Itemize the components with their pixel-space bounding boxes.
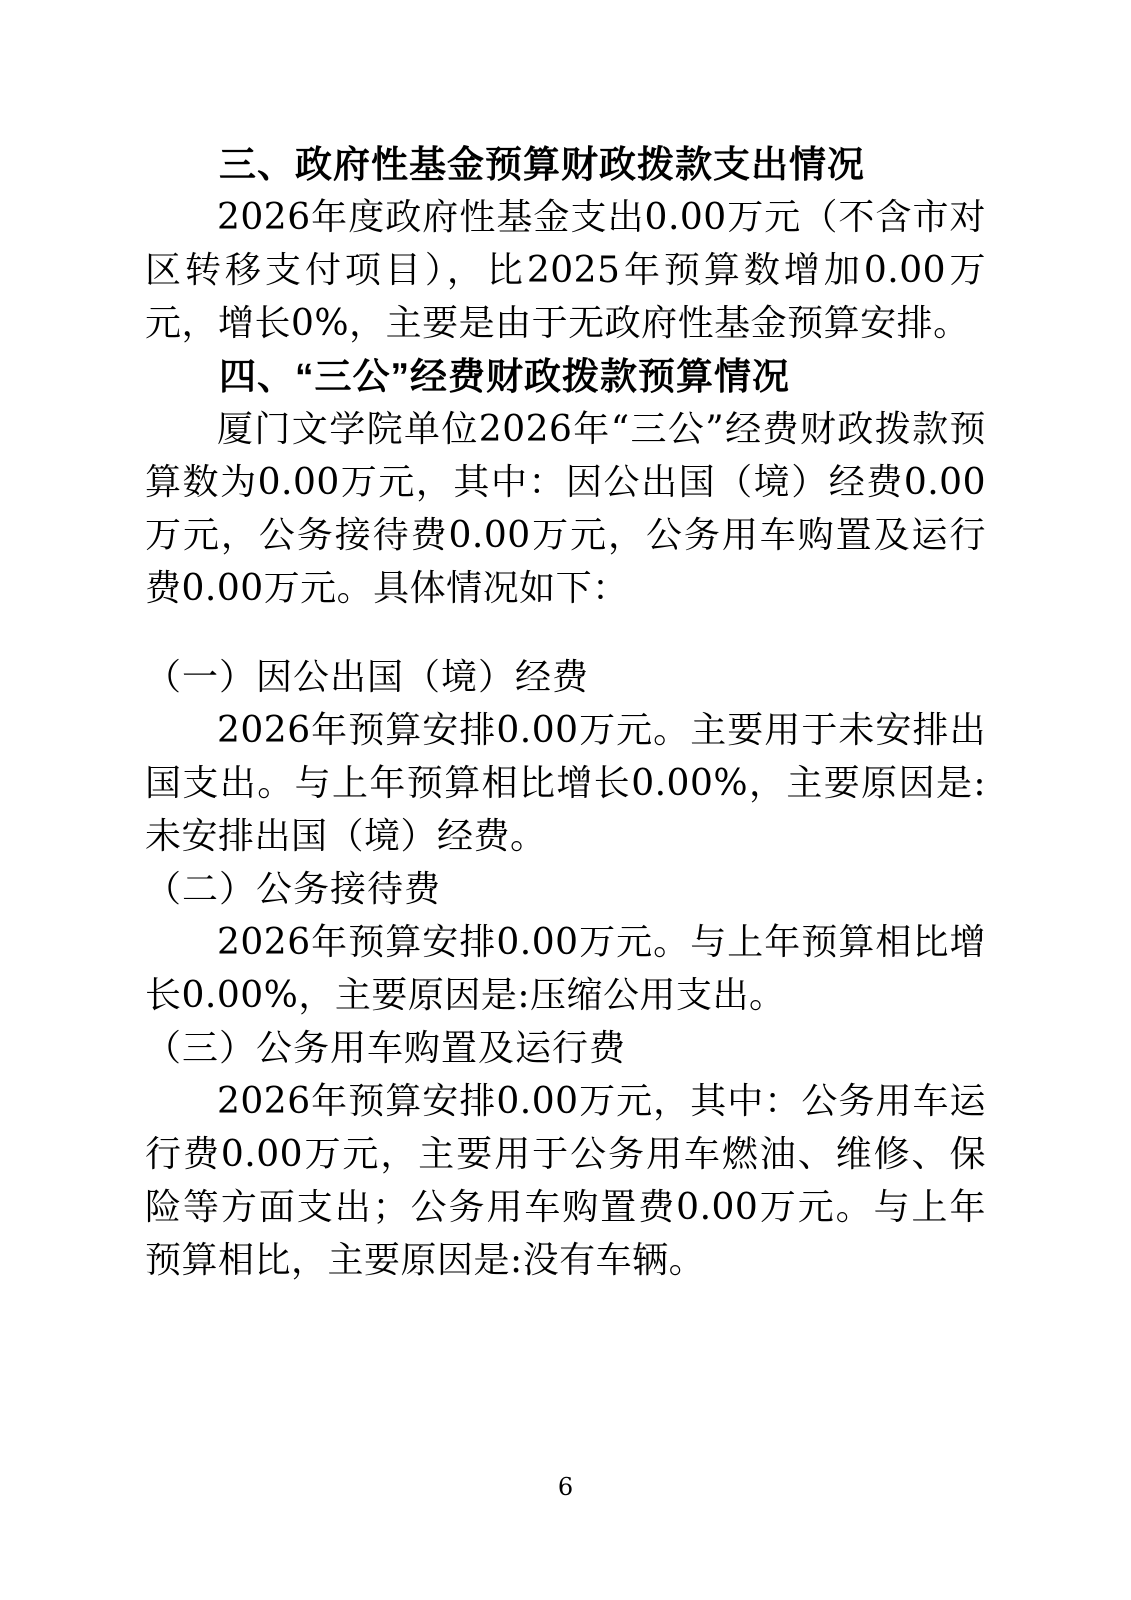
section-heading-government-fund: 三、政府性基金预算财政拨款支出情况 <box>145 138 986 191</box>
paragraph-overseas-travel: 2026年预算安排0.00万元。主要用于未安排出国支出。与上年预算相比增长0.0… <box>145 704 986 863</box>
page-number: 6 <box>0 1472 1131 1502</box>
section-heading-three-public-expenses: 四、“三公”经费财政拨款预算情况 <box>145 350 986 403</box>
paragraph-three-public-expenses: 厦门文学院单位2026年“三公”经费财政拨款预算数为0.00万元，其中：因公出国… <box>145 403 986 615</box>
document-page: 三、政府性基金预算财政拨款支出情况 2026年度政府性基金支出0.00万元（不含… <box>0 0 1131 1600</box>
subsection-heading-official-reception: （二）公务接待费 <box>145 863 986 916</box>
paragraph-official-reception: 2026年预算安排0.00万元。与上年预算相比增长0.00%，主要原因是:压缩公… <box>145 916 986 1022</box>
blank-line <box>145 615 986 651</box>
paragraph-official-vehicles: 2026年预算安排0.00万元，其中：公务用车运行费0.00万元，主要用于公务用… <box>145 1075 986 1287</box>
paragraph-government-fund: 2026年度政府性基金支出0.00万元（不含市对区转移支付项目），比2025年预… <box>145 191 986 350</box>
subsection-heading-overseas-travel: （一）因公出国（境）经费 <box>145 651 986 704</box>
document-body: 三、政府性基金预算财政拨款支出情况 2026年度政府性基金支出0.00万元（不含… <box>145 138 986 1287</box>
subsection-heading-official-vehicles: （三）公务用车购置及运行费 <box>145 1022 986 1075</box>
